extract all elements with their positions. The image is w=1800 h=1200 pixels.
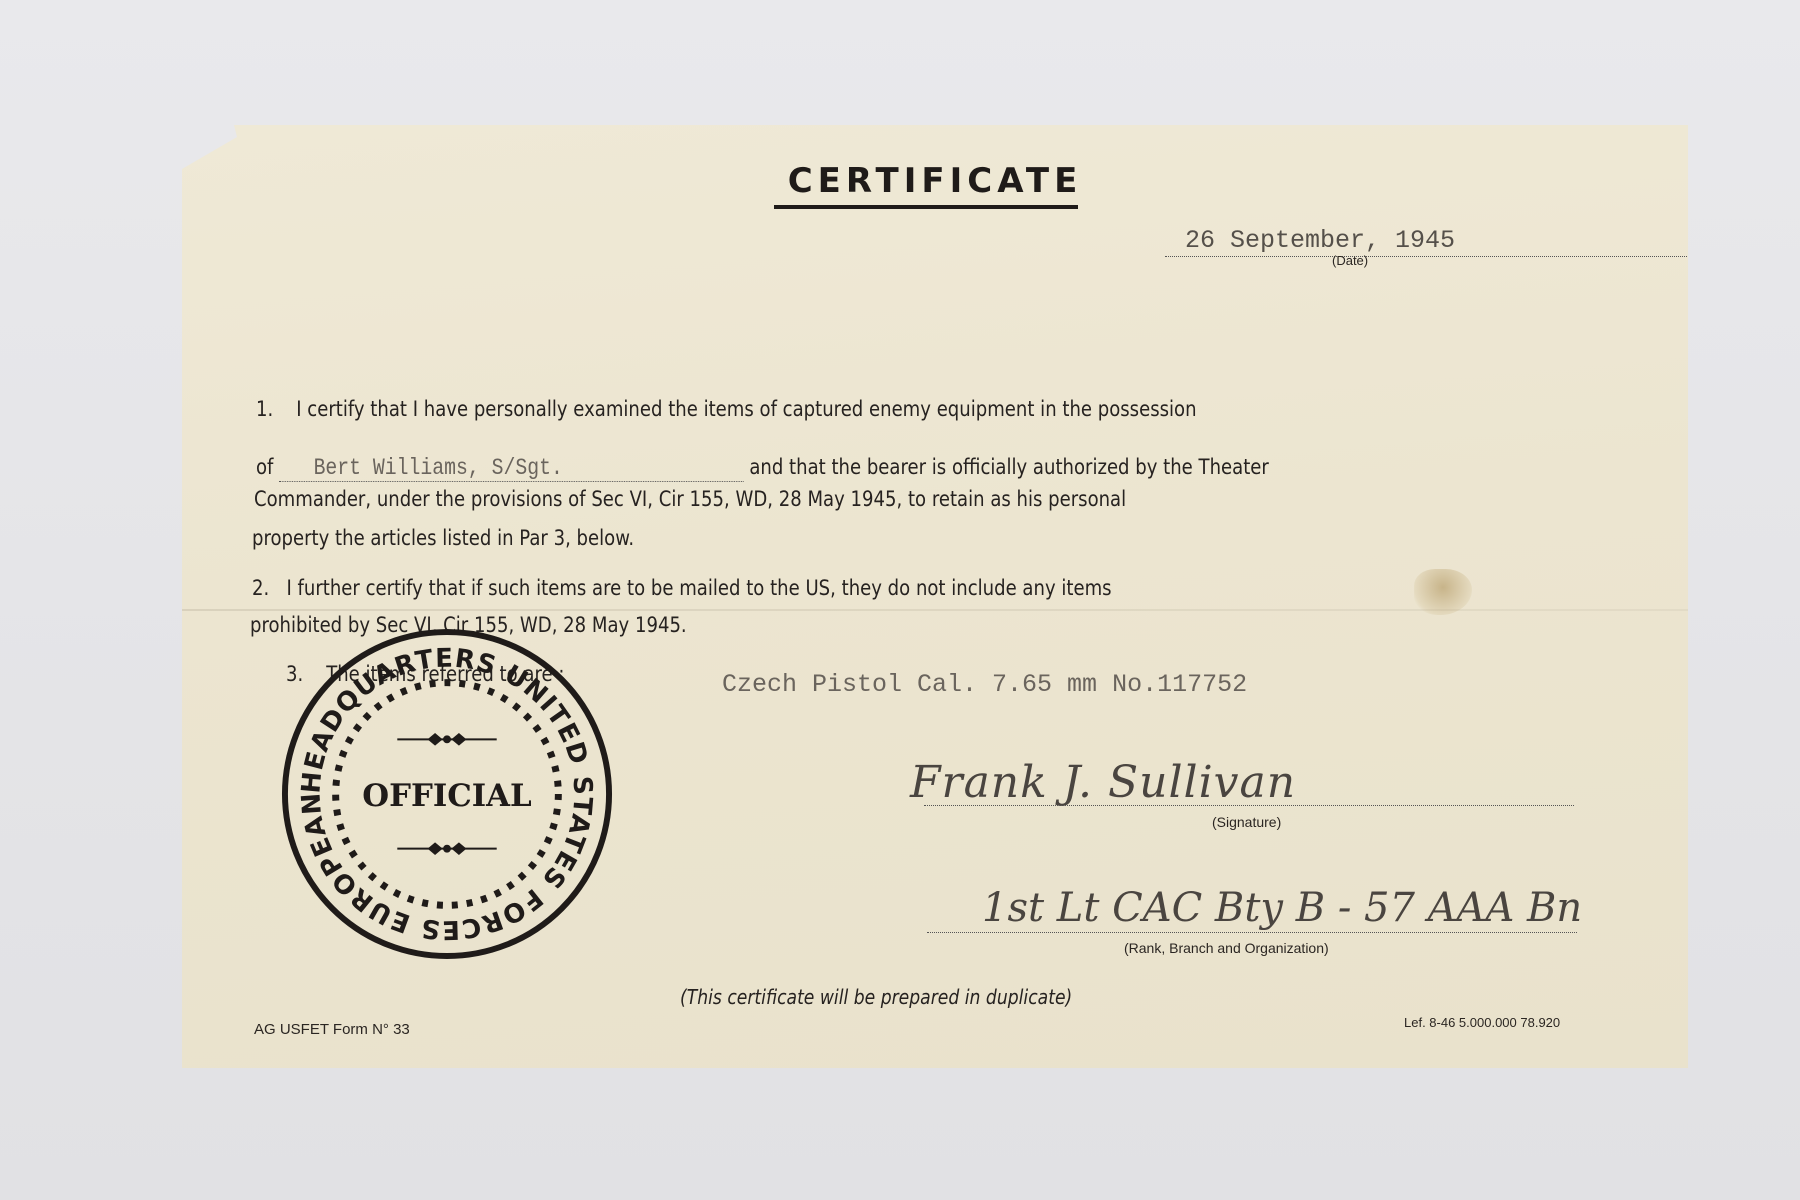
bearer-name-field: Bert Williams, S/Sgt. xyxy=(279,455,743,482)
signature-label: (Signature) xyxy=(1212,814,1281,830)
rank-label: (Rank, Branch and Organization) xyxy=(1124,940,1329,956)
date-field: 26 September, 1945 xyxy=(1165,226,1745,257)
certificate-paper: CERTIFICATE 26 September, 1945 (Date) 1.… xyxy=(182,125,1688,1068)
signature-handwriting: Frank J. Sullivan xyxy=(910,757,1296,808)
items-list: Czech Pistol Cal. 7.65 mm No.117752 xyxy=(722,670,1247,699)
rank-line xyxy=(927,932,1577,933)
date-value: 26 September, 1945 xyxy=(1185,226,1455,255)
paragraph-2-line-1: 2. I further certify that if such items … xyxy=(252,576,1112,600)
paragraph-1-line-2: of Bert Williams, S/Sgt. and that the be… xyxy=(256,455,1269,482)
paragraph-1-line-4: property the articles listed in Par 3, b… xyxy=(252,526,634,550)
seal-ornament-bottom xyxy=(397,844,496,854)
paragraph-1-line-3: Commander, under the provisions of Sec V… xyxy=(254,487,1126,511)
seal-center-text: OFFICIAL xyxy=(362,778,531,814)
paragraph-1-line-1: 1. I certify that I have personally exam… xyxy=(256,397,1197,421)
bearer-name: Bert Williams, S/Sgt. xyxy=(279,455,563,481)
seal-ornament-top xyxy=(397,734,496,744)
duplicate-note: (This certificate will be prepared in du… xyxy=(680,985,1072,1009)
paragraph-2-number: 2. xyxy=(252,576,269,600)
form-number: AG USFET Form N° 33 xyxy=(254,1021,410,1038)
rank-handwriting: 1st Lt CAC Bty B - 57 AAA Bn xyxy=(982,885,1582,931)
date-label: (Date) xyxy=(1332,253,1368,268)
print-code: Lef. 8-46 5.000.000 78.920 xyxy=(1404,1015,1560,1030)
signature-line xyxy=(924,805,1574,806)
paragraph-1-number: 1. xyxy=(256,397,273,421)
title-underline xyxy=(774,205,1078,209)
document-title: CERTIFICATE xyxy=(182,161,1688,201)
paper-fold-crease xyxy=(182,609,1688,611)
official-seal-stamp: HEADQUARTERS UNITED STATES FORCES EUROPE… xyxy=(278,625,616,963)
